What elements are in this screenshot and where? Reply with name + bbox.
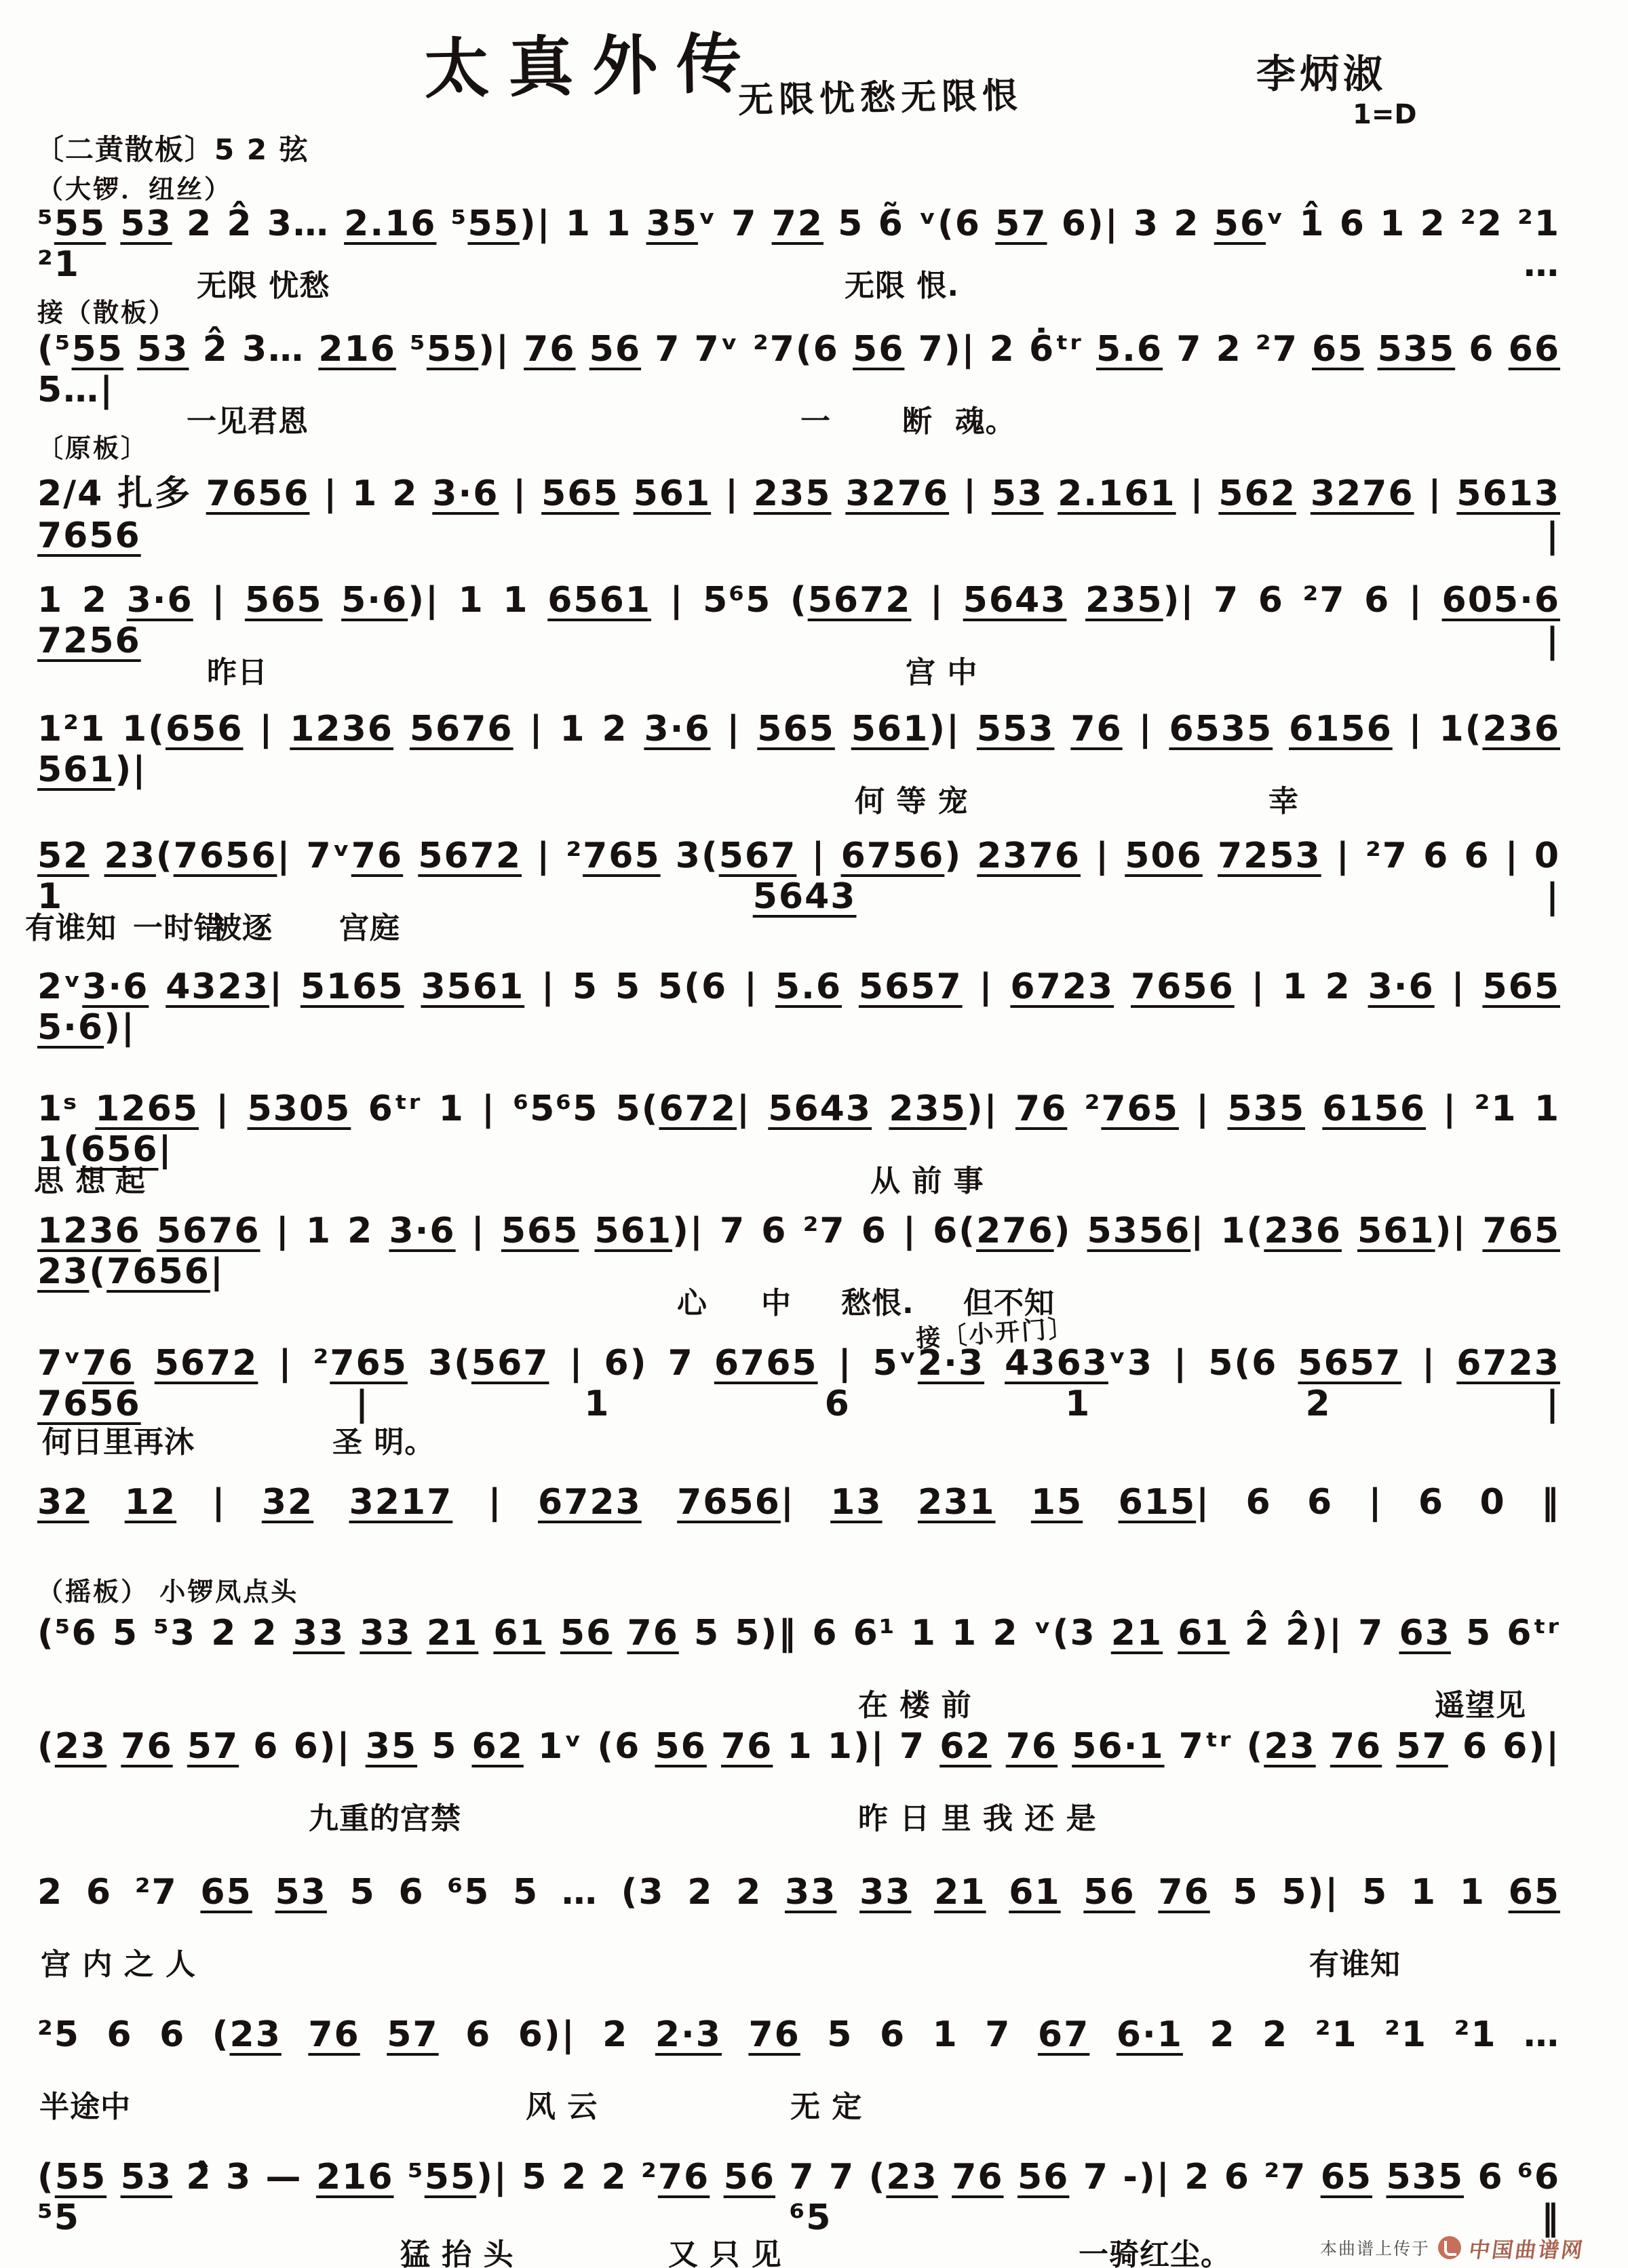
- beamed-note-group: 605·6: [1442, 580, 1560, 621]
- beamed-note-group: 72: [772, 203, 823, 244]
- beamed-note-group: 236: [1264, 1211, 1342, 1251]
- beamed-note-group: 65: [200, 1872, 252, 1913]
- beamed-note-group: 506: [1125, 836, 1203, 876]
- beamed-note-group: 2·3: [918, 1343, 984, 1384]
- beamed-note-group: 2·3: [655, 2014, 722, 2055]
- beamed-note-group: 2.161: [1058, 473, 1176, 514]
- lyric-text: 猛 抬 头: [400, 2230, 514, 2268]
- beamed-note-group: 1265: [95, 1089, 199, 1129]
- beamed-note-group: 235: [1085, 580, 1163, 621]
- beamed-note-group: 5676: [410, 709, 513, 749]
- beamed-note-group: 6·1: [1117, 2014, 1183, 2055]
- beamed-note-group: 76: [1158, 1872, 1209, 1913]
- beamed-note-group: 76: [748, 2014, 800, 2055]
- beamed-note-group: 66: [1509, 329, 1560, 370]
- beamed-note-group: 5613: [1456, 473, 1560, 514]
- beamed-note-group: 7256: [37, 621, 141, 661]
- beamed-note-group: 1236: [37, 1211, 141, 1251]
- lyric-text: 被逐: [212, 903, 273, 947]
- beamed-note-group: 236: [1482, 709, 1560, 749]
- beamed-note-group: 535: [1378, 329, 1456, 370]
- beamed-note-group: 7656: [174, 836, 277, 876]
- beamed-note-group: 6535: [1169, 709, 1273, 749]
- beamed-note-group: 1236: [290, 709, 393, 749]
- page-title: 太真外传: [423, 12, 761, 111]
- lyric-text: 一骑红尘。: [1079, 2230, 1231, 2268]
- beamed-note-group: 6765: [714, 1343, 818, 1384]
- beamed-note-group: 765: [330, 1343, 408, 1384]
- qupu-site-logo-icon: [1438, 2236, 1461, 2259]
- beamed-note-group: 7253: [1218, 836, 1321, 876]
- lyric-text: 九重的宫禁: [309, 1794, 461, 1837]
- beamed-note-group: 6723: [1010, 966, 1114, 1007]
- notation-line: (⁵6 5 ⁵3 2 2 33 33 21 61 56 76 5 5)‖ 6 6…: [37, 1613, 1560, 1654]
- beamed-note-group: 5.6: [775, 966, 842, 1007]
- beamed-note-group: 53: [121, 2157, 172, 2197]
- beamed-note-group: 55: [467, 203, 519, 244]
- beamed-note-group: 76: [1330, 1726, 1382, 1767]
- beamed-note-group: 32: [262, 1482, 313, 1523]
- beamed-note-group: 32: [37, 1482, 89, 1523]
- lyric-text: 在 楼 前: [858, 1681, 972, 1724]
- notation-line: 7ᵛ76 5672 | ²765 3(567 | 6) 7 6765 | 5ᵛ2…: [37, 1343, 1560, 1424]
- lyric-text: 无 定: [790, 2082, 862, 2126]
- key-signature: 1=D: [1353, 99, 1417, 130]
- beamed-note-group: 565: [501, 1211, 579, 1251]
- beamed-note-group: 565: [245, 580, 323, 621]
- beamed-note-group: 56: [655, 1726, 706, 1767]
- beamed-note-group: 5·6: [37, 1007, 104, 1048]
- beamed-note-group: 53: [275, 1872, 327, 1913]
- beamed-note-group: 5672: [155, 1343, 258, 1384]
- beamed-note-group: 565: [757, 709, 835, 749]
- beamed-note-group: 76: [82, 1343, 134, 1384]
- lyric-text: 断 魂。: [902, 397, 1016, 440]
- beamed-note-group: 7656: [1131, 966, 1235, 1007]
- beamed-note-group: 3276: [845, 473, 949, 514]
- beamed-note-group: 7656: [206, 473, 310, 514]
- beamed-note-group: 5305: [248, 1089, 351, 1129]
- beamed-note-group: 7656: [37, 515, 141, 556]
- beamed-note-group: 5657: [1298, 1343, 1401, 1384]
- beamed-note-group: 76: [351, 836, 403, 876]
- beamed-note-group: 561: [37, 749, 115, 790]
- beamed-note-group: 56: [1214, 203, 1266, 244]
- lyric-text: 圣 明。: [332, 1417, 435, 1461]
- lyric-text: 宫庭: [339, 903, 400, 947]
- beamed-note-group: 6723: [538, 1482, 642, 1523]
- beamed-note-group: 57: [187, 1726, 239, 1767]
- beamed-note-group: 33: [293, 1613, 345, 1654]
- beamed-note-group: 13: [830, 1482, 882, 1523]
- beamed-note-group: 276: [976, 1211, 1054, 1251]
- beamed-note-group: 57: [995, 203, 1047, 244]
- section-label: （摇板） 小锣凤点头: [37, 1571, 298, 1608]
- lyric-text: 昨 日 里 我 还 是: [858, 1794, 1097, 1837]
- beamed-note-group: 216: [316, 2157, 394, 2197]
- beamed-note-group: 56: [1017, 2157, 1069, 2197]
- lyric-text: 昨日: [207, 648, 268, 691]
- beamed-note-group: 52: [37, 836, 89, 876]
- beamed-note-group: 56: [1083, 1872, 1135, 1913]
- beamed-note-group: 35: [646, 203, 698, 244]
- beamed-note-group: 76: [308, 2014, 360, 2055]
- lyric-text: 何 等 宠: [855, 777, 969, 820]
- lyric-text: 有谁知: [1309, 1940, 1401, 1983]
- lyric-text: 无限 恨.: [845, 261, 959, 305]
- notation-line: 2 6 ²7 65 53 5 6 ⁶5 5 … (3 2 2 33 33 21 …: [37, 1872, 1560, 1913]
- beamed-note-group: 56: [560, 1613, 612, 1654]
- beamed-note-group: 33: [360, 1613, 411, 1654]
- watermark: 本曲谱上传于 中国曲谱网: [1320, 2234, 1585, 2261]
- performer-name: 李炳淑: [1256, 42, 1387, 99]
- lyric-text: 愁恨.: [841, 1278, 914, 1322]
- beamed-note-group: 2.16: [344, 203, 436, 244]
- beamed-note-group: 561: [595, 1211, 673, 1251]
- notation-line: 1236 5676 | 1 2 3·6 | 565 561)| 7 6 ²7 6…: [37, 1211, 1560, 1292]
- beamed-note-group: 61: [493, 1613, 545, 1654]
- beamed-note-group: 76: [627, 1613, 678, 1654]
- aria-subtitle: 无限忧愁无限恨: [737, 66, 1023, 122]
- beamed-note-group: 76: [1015, 1089, 1067, 1129]
- beamed-note-group: 567: [719, 836, 797, 876]
- beamed-note-group: 23: [37, 1251, 89, 1292]
- beamed-note-group: 5643: [963, 580, 1067, 621]
- beamed-note-group: 55: [427, 329, 478, 370]
- beamed-note-group: 216: [318, 329, 396, 370]
- lyric-text: 有谁知: [25, 903, 117, 947]
- beamed-note-group: 5643: [768, 1089, 872, 1129]
- beamed-note-group: 7656: [106, 1251, 210, 1292]
- beamed-note-group: 65: [1321, 2157, 1372, 2197]
- beamed-note-group: 53: [137, 329, 189, 370]
- beamed-note-group: 3·6: [1368, 966, 1435, 1007]
- beamed-note-group: 765: [1482, 1211, 1560, 1251]
- beamed-note-group: 553: [977, 709, 1055, 749]
- beamed-note-group: 6561: [547, 580, 651, 621]
- beamed-note-group: 5657: [859, 966, 963, 1007]
- beamed-note-group: 3561: [421, 966, 524, 1007]
- beamed-note-group: 235: [889, 1089, 967, 1129]
- beamed-note-group: 55: [72, 329, 123, 370]
- beamed-note-group: 55: [425, 2157, 476, 2197]
- lyric-text: 幸: [1268, 777, 1299, 820]
- beamed-note-group: 23: [1264, 1726, 1315, 1767]
- lyric-text: 风 云: [526, 2082, 598, 2126]
- beamed-note-group: 6723: [1456, 1343, 1560, 1384]
- beamed-note-group: 565: [1482, 966, 1560, 1007]
- beamed-note-group: 21: [427, 1613, 478, 1654]
- beamed-note-group: 235: [754, 473, 832, 514]
- watermark-text: 本曲谱上传于: [1320, 2235, 1430, 2260]
- beamed-note-group: 656: [166, 709, 244, 749]
- beamed-note-group: 57: [387, 2014, 438, 2055]
- beamed-note-group: 76: [1006, 1726, 1058, 1767]
- lyric-text: 无限 忧愁: [197, 261, 330, 305]
- beamed-note-group: 5356: [1087, 1211, 1191, 1251]
- lyric-text: 中: [761, 1278, 792, 1322]
- beamed-note-group: 535: [1386, 2157, 1464, 2197]
- lyric-text: 思 想: [34, 1156, 106, 1200]
- beamed-note-group: 562: [1218, 473, 1296, 514]
- notation-line: 2/4 扎多 7656 | 1 2 3·6 | 565 561 | 235 32…: [37, 465, 1560, 556]
- beamed-note-group: 561: [634, 473, 712, 514]
- beamed-note-group: 53: [120, 203, 172, 244]
- lyric-text: 起: [115, 1156, 146, 1200]
- lyric-text: 半途中: [39, 2082, 131, 2126]
- lyric-text: 一时错: [133, 903, 225, 947]
- beamed-note-group: 5676: [157, 1211, 260, 1251]
- beamed-note-group: 5672: [418, 836, 522, 876]
- beamed-note-group: 535: [1227, 1089, 1305, 1129]
- beamed-note-group: 21: [934, 1872, 986, 1913]
- beamed-note-group: 62: [939, 1726, 991, 1767]
- beamed-note-group: 565: [541, 473, 619, 514]
- beamed-note-group: 33: [859, 1872, 911, 1913]
- beamed-note-group: 3·6: [389, 1211, 455, 1251]
- beamed-note-group: 76: [524, 329, 575, 370]
- beamed-note-group: 561: [1357, 1211, 1435, 1251]
- beamed-note-group: 4363: [1005, 1343, 1108, 1384]
- beamed-note-group: 55: [54, 203, 106, 244]
- sheet-music-page: 〔二黄散板〕5 2 弦 太真外传 无限忧愁无限恨 李炳淑 1=D （大锣．纽丝）…: [0, 0, 1628, 2268]
- lyric-text: 遥望见: [1435, 1681, 1526, 1724]
- beamed-note-group: 12: [125, 1482, 176, 1523]
- beamed-note-group: 76: [952, 2157, 1003, 2197]
- beamed-note-group: 5672: [808, 580, 912, 621]
- notation-line: ²5 6 6 (23 76 57 6 6)| 2 2·3 76 5 6 1 7 …: [37, 2014, 1560, 2055]
- notation-line: 2ᵛ3·6 4323| 5165 3561 | 5 5 5(6 | 5.6 56…: [37, 966, 1560, 1048]
- beamed-note-group: 65: [1312, 329, 1363, 370]
- beamed-note-group: 53: [992, 473, 1043, 514]
- beamed-note-group: 35: [366, 1726, 417, 1767]
- lyric-text: 心: [677, 1278, 708, 1322]
- beamed-note-group: 5·6: [341, 580, 408, 621]
- beamed-note-group: 7656: [677, 1482, 781, 1523]
- beamed-note-group: 2376: [977, 836, 1081, 876]
- beamed-note-group: 61: [1009, 1872, 1060, 1913]
- watermark-site-name: 中国曲谱网: [1467, 2233, 1587, 2263]
- beamed-note-group: 231: [918, 1482, 996, 1523]
- beamed-note-group: 3276: [1311, 473, 1414, 514]
- lyric-text: 一见君恩: [187, 397, 309, 440]
- lyric-text: 一: [800, 397, 831, 440]
- beamed-note-group: 5.6: [1096, 329, 1163, 370]
- beamed-note-group: 5165: [301, 966, 404, 1007]
- notation-line: (55 53 2̂ 3 — 216 ⁵55)| 5 2 2 ²76 56 7 7…: [37, 2157, 1560, 2238]
- beamed-note-group: 765: [1101, 1089, 1179, 1129]
- section-label: 接（散板）: [37, 292, 176, 329]
- beamed-note-group: 56: [724, 2157, 775, 2197]
- beamed-note-group: 3·6: [127, 580, 193, 621]
- lyric-text: 从 前 事: [870, 1156, 984, 1200]
- beamed-note-group: 765: [583, 836, 661, 876]
- beamed-note-group: 62: [472, 1726, 524, 1767]
- beamed-note-group: 63: [1399, 1613, 1450, 1654]
- beamed-note-group: 6156: [1322, 1089, 1426, 1129]
- notation-line: (23 76 57 6 6)| 35 5 62 1ᵛ (6 56 76 1 1)…: [37, 1726, 1560, 1767]
- section-label: 〔原板〕: [37, 427, 149, 465]
- beamed-note-group: 23: [104, 836, 156, 876]
- notation-line: 1²1 1(656 | 1236 5676 | 1 2 3·6 | 565 56…: [37, 709, 1560, 790]
- beamed-note-group: 21: [1111, 1613, 1163, 1654]
- beamed-note-group: 561: [851, 709, 929, 749]
- mode-label: 〔二黄散板〕5 2 弦: [35, 128, 309, 168]
- beamed-note-group: 76: [658, 2157, 710, 2197]
- beamed-note-group: 15: [1031, 1482, 1083, 1523]
- beamed-note-group: 615: [1119, 1482, 1197, 1523]
- beamed-note-group: 3·6: [644, 709, 710, 749]
- beamed-note-group: 672: [659, 1089, 737, 1129]
- beamed-note-group: 3·6: [82, 966, 149, 1007]
- beamed-note-group: 76: [121, 1726, 172, 1767]
- beamed-note-group: 33: [785, 1872, 836, 1913]
- section-label: （大锣．纽丝）: [37, 168, 232, 206]
- lyric-text: 宫 中: [906, 648, 977, 691]
- beamed-note-group: 4323: [166, 966, 269, 1007]
- beamed-note-group: 76: [721, 1726, 773, 1767]
- beamed-note-group: 6156: [1289, 709, 1393, 749]
- lyric-text: 宫 内 之 人: [41, 1940, 196, 1983]
- beamed-note-group: 56·1: [1072, 1726, 1164, 1767]
- beamed-note-group: 23: [230, 2014, 282, 2055]
- notation-line: 32 12 | 32 3217 | 6723 7656| 13 231 15 6…: [37, 1482, 1560, 1523]
- beamed-note-group: 56: [589, 329, 641, 370]
- beamed-note-group: 23: [886, 2157, 937, 2197]
- lyric-text: 何日里再沐: [42, 1417, 195, 1461]
- beamed-note-group: 5643: [753, 876, 857, 917]
- beamed-note-group: 65: [1509, 1872, 1560, 1913]
- beamed-note-group: 56: [853, 329, 904, 370]
- beamed-note-group: 23: [55, 1726, 106, 1767]
- beamed-note-group: 76: [1070, 709, 1122, 749]
- beamed-note-group: 6756: [841, 836, 945, 876]
- beamed-note-group: 67: [1038, 2014, 1089, 2055]
- beamed-note-group: 567: [471, 1343, 549, 1384]
- beamed-note-group: 3217: [349, 1482, 453, 1523]
- beamed-note-group: 61: [1178, 1613, 1229, 1654]
- beamed-note-group: 55: [55, 2157, 106, 2197]
- beamed-note-group: 3·6: [432, 473, 499, 514]
- notation-line: 1ˢ 1265 | 5305 6ᵗʳ 1 | ⁶5⁶5 5(672| 5643 …: [37, 1089, 1560, 1170]
- beamed-note-group: 57: [1396, 1726, 1448, 1767]
- lyric-text: 又 只 见: [668, 2230, 782, 2268]
